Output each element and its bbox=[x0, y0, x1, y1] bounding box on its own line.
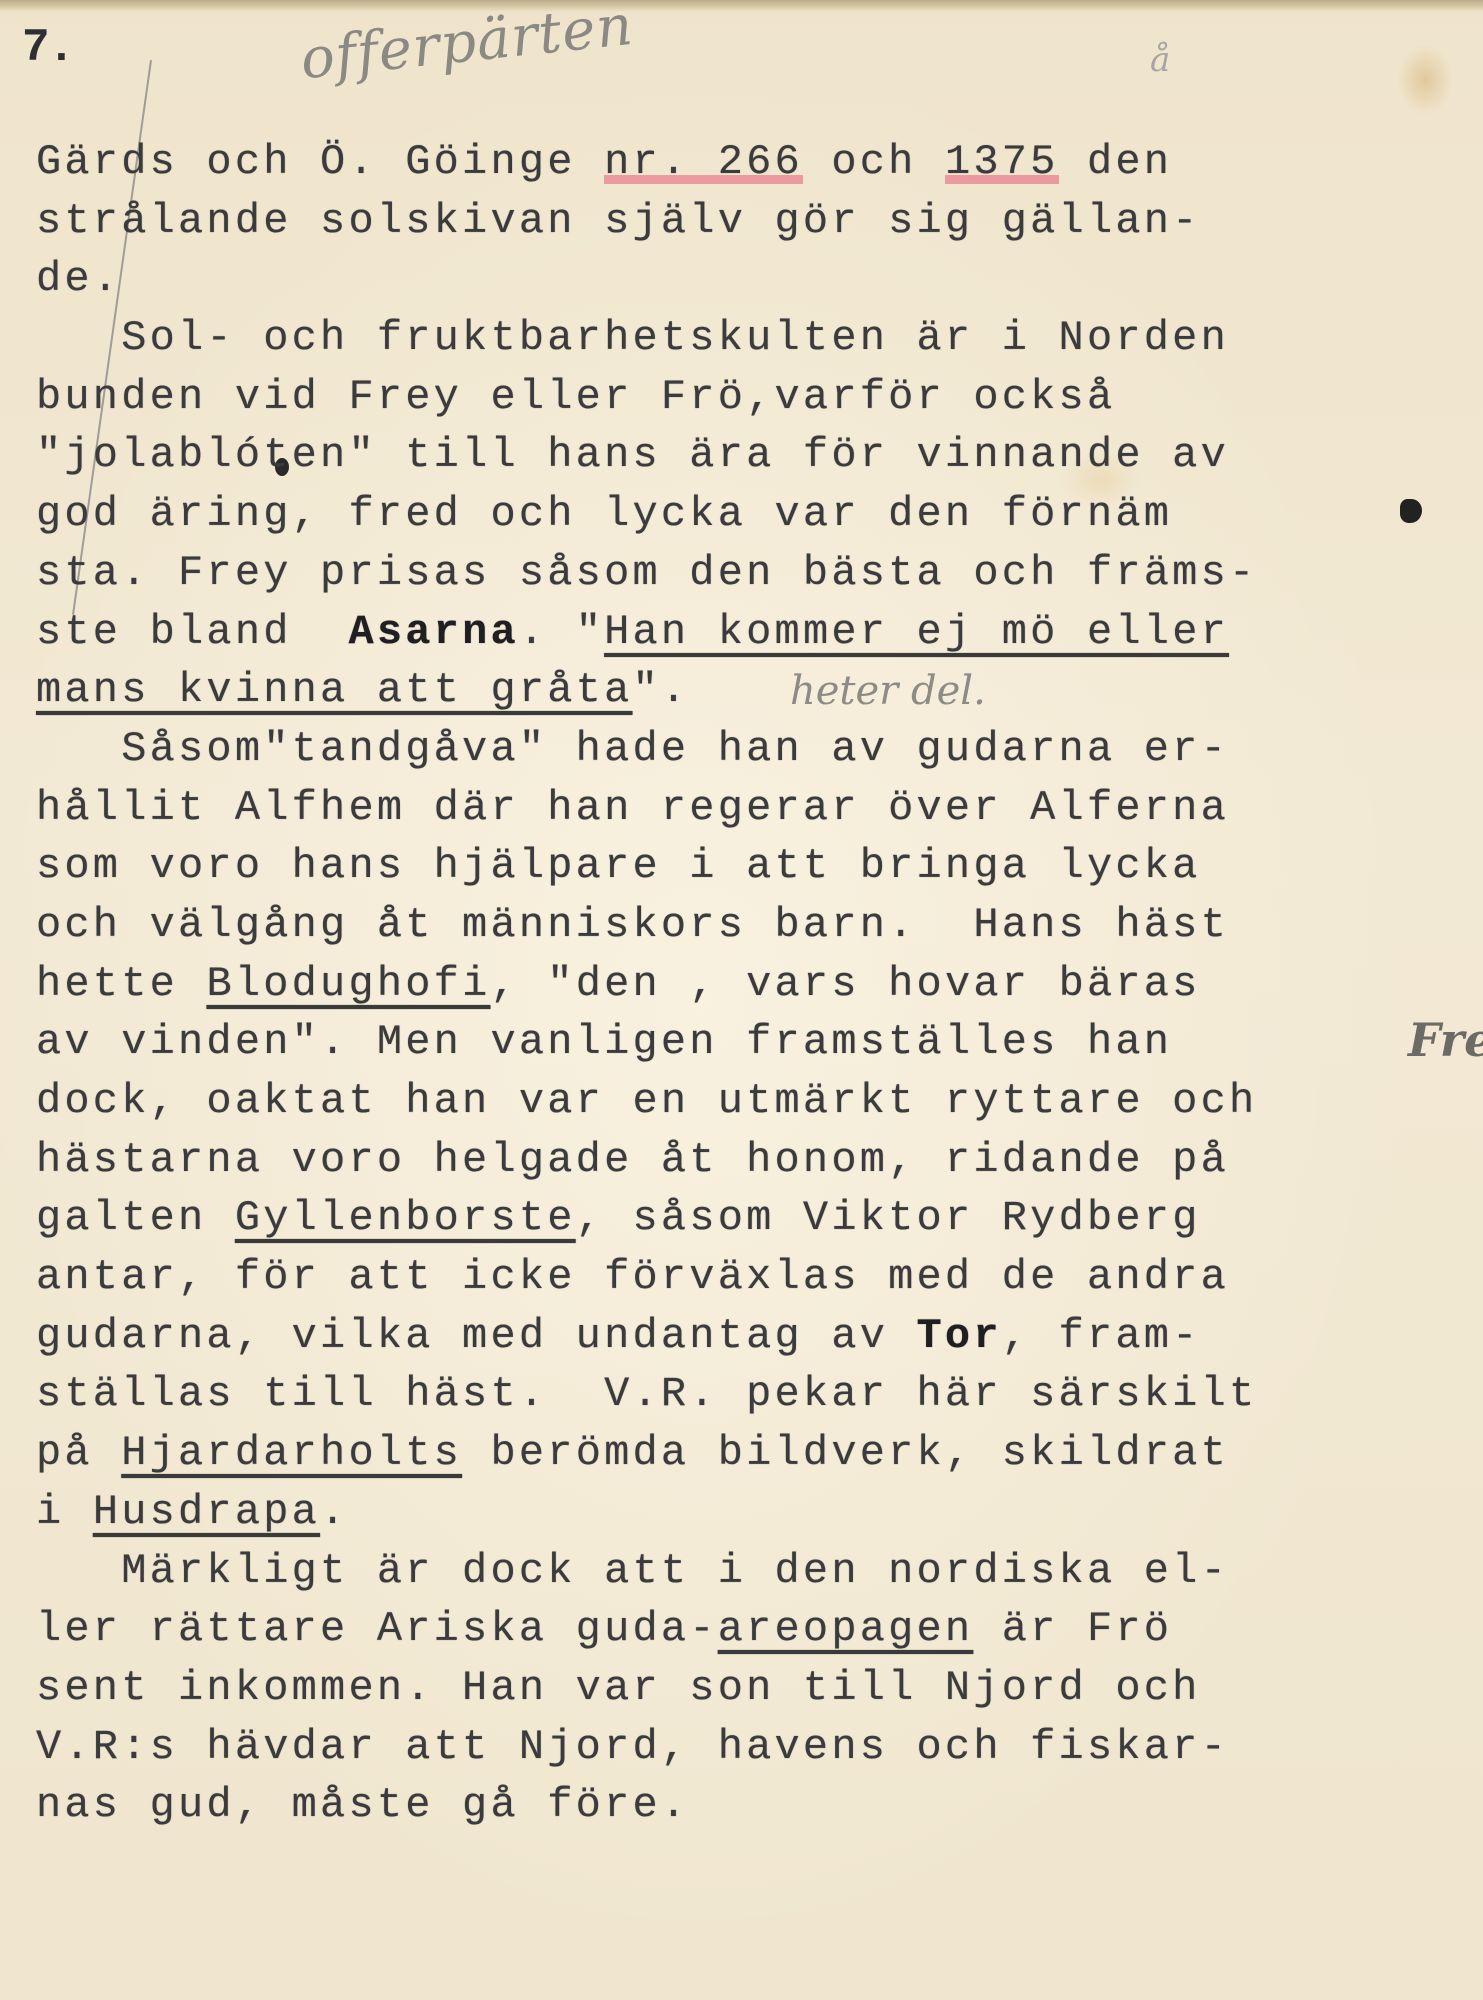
text-segment: den bbox=[1059, 138, 1173, 186]
pencil-annotation-top: offerpärten bbox=[298, 0, 637, 92]
text-segment: Gärds och Ö. Göinge bbox=[36, 138, 604, 186]
highlighted-reference: nr. 266 bbox=[604, 138, 803, 186]
page-number: 7. bbox=[22, 22, 73, 74]
text-segment: ste bland bbox=[36, 608, 348, 656]
text-line: Gärds och Ö. Göinge nr. 266 och 1375 den bbox=[36, 133, 1476, 192]
text-line: sta. Frey prisas såsom den bästa och frä… bbox=[36, 544, 1476, 603]
text-segment: , "den , vars hovar bäras bbox=[490, 960, 1200, 1008]
text-line: hette Blodughofi, "den , vars hovar bära… bbox=[36, 955, 1476, 1014]
text-line: ställas till häst. V.R. pekar här särski… bbox=[36, 1365, 1476, 1424]
text-line: hållit Alfhem där han regerar över Alfer… bbox=[36, 779, 1476, 838]
underlined-name: Blodughofi bbox=[206, 960, 490, 1008]
underlined-name: Husdrapa bbox=[93, 1488, 320, 1536]
text-segment: , såsom Viktor Rydberg bbox=[576, 1194, 1201, 1242]
text-segment: och bbox=[803, 138, 945, 186]
text-line: ste bland Asarna. "Han kommer ej mö elle… bbox=[36, 603, 1476, 662]
text-line: hästarna voro helgade åt honom, ridande … bbox=[36, 1131, 1476, 1190]
underlined-quote: mans kvinna att gråta bbox=[36, 666, 633, 714]
text-segment: är Frö bbox=[973, 1605, 1172, 1653]
text-line: nas gud, måste gå före. bbox=[36, 1776, 1476, 1835]
text-line: strålande solskivan själv gör sig gällan… bbox=[36, 192, 1476, 251]
underlined-word: areopagen bbox=[718, 1605, 974, 1653]
text-segment: . bbox=[320, 1488, 348, 1536]
underlined-name: Gyllenborste bbox=[235, 1194, 576, 1242]
text-segment: hette bbox=[36, 960, 206, 1008]
text-segment: , fram- bbox=[1002, 1312, 1201, 1360]
text-segment: på bbox=[36, 1429, 121, 1477]
highlighted-reference: 1375 bbox=[945, 138, 1059, 186]
text-line: i Husdrapa. bbox=[36, 1483, 1476, 1542]
text-line: mans kvinna att gråta". bbox=[36, 661, 1476, 720]
underlined-quote: Han kommer ej mö eller bbox=[604, 608, 1229, 656]
text-line: på Hjardarholts berömda bildverk, skildr… bbox=[36, 1424, 1476, 1483]
text-line: sent inkommen. Han var son till Njord oc… bbox=[36, 1659, 1476, 1718]
text-segment: galten bbox=[36, 1194, 235, 1242]
emphasized-word: Tor bbox=[917, 1312, 1002, 1360]
pencil-annotation-note: heter del. bbox=[790, 668, 986, 714]
text-segment: gudarna, vilka med undantag av bbox=[36, 1312, 917, 1360]
text-line: V.R:s hävdar att Njord, havens och fiska… bbox=[36, 1718, 1476, 1777]
text-line: Såsom"tandgåva" hade han av gudarna er- bbox=[36, 720, 1476, 779]
text-segment: berömda bildverk, skildrat bbox=[462, 1429, 1229, 1477]
text-line: Sol- och fruktbarhetskulten är i Norden bbox=[36, 309, 1476, 368]
text-line: av vinden". Men vanligen framställes han bbox=[36, 1013, 1476, 1072]
pencil-mark-top-right: å bbox=[1150, 40, 1170, 80]
text-line: dock, oaktat han var en utmärkt ryttare … bbox=[36, 1072, 1476, 1131]
text-line: de. bbox=[36, 250, 1476, 309]
text-line: som voro hans hjälpare i att bringa lyck… bbox=[36, 837, 1476, 896]
text-line: god äring, fred och lycka var den förnäm bbox=[36, 485, 1476, 544]
text-line: ler rättare Ariska guda-areopagen är Frö bbox=[36, 1600, 1476, 1659]
text-line: antar, för att icke förväxlas med de and… bbox=[36, 1248, 1476, 1307]
text-line: Märkligt är dock att i den nordiska el- bbox=[36, 1542, 1476, 1601]
text-segment: ". bbox=[633, 666, 690, 714]
text-segment: i bbox=[36, 1488, 93, 1536]
text-line: "jolablóten" till hans ära för vinnande … bbox=[36, 426, 1476, 485]
text-line: gudarna, vilka med undantag av Tor, fram… bbox=[36, 1307, 1476, 1366]
underlined-name: Hjardarholts bbox=[121, 1429, 462, 1477]
typewritten-body: Gärds och Ö. Göinge nr. 266 och 1375 den… bbox=[36, 133, 1476, 1835]
emphasized-word: Asarna bbox=[348, 608, 518, 656]
text-segment: ler rättare Ariska guda- bbox=[36, 1605, 718, 1653]
text-line: bunden vid Frey eller Frö,varför också bbox=[36, 368, 1476, 427]
paper-top-edge bbox=[0, 0, 1483, 12]
pencil-annotation-margin: Frey bbox=[1408, 1013, 1483, 1067]
text-line: galten Gyllenborste, såsom Viktor Rydber… bbox=[36, 1189, 1476, 1248]
text-segment: . " bbox=[519, 608, 604, 656]
text-line: och välgång åt människors barn. Hans häs… bbox=[36, 896, 1476, 955]
